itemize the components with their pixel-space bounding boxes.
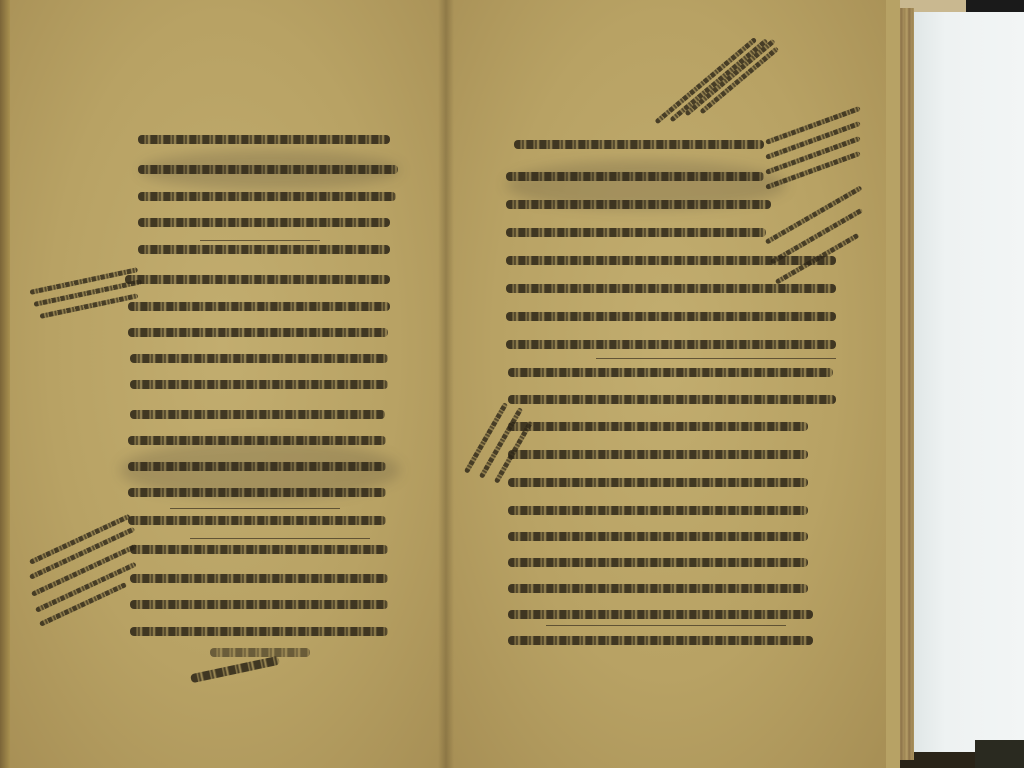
manuscript-photo [0, 0, 1024, 768]
background-bottom [975, 740, 1024, 768]
white-backing-sheet [912, 12, 1024, 752]
left-page [0, 0, 446, 768]
right-page [446, 0, 886, 768]
left-cover-edge [0, 0, 10, 768]
open-book [0, 0, 900, 768]
book-gutter [438, 0, 454, 768]
